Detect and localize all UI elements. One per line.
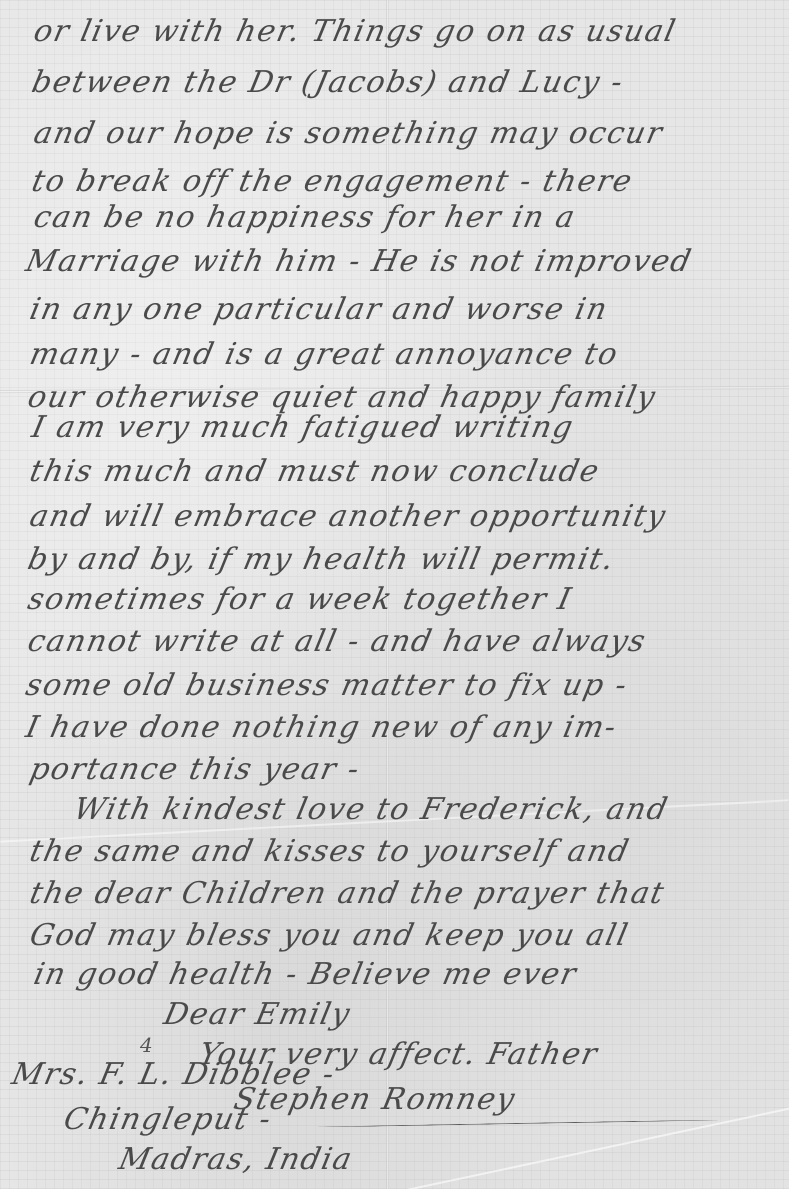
body-line: the same and kisses to yourself and (26, 832, 634, 872)
body-line: portance this year - (26, 750, 364, 790)
letter-page: or live with her. Things go on as usual … (0, 0, 789, 1189)
body-line: and will embrace another opportunity (26, 497, 670, 537)
body-line: With kindest love to Frederick, and (70, 790, 672, 830)
body-line: can be no happiness for her in a (30, 198, 580, 238)
body-line: I have done nothing new of any im- (22, 708, 621, 748)
body-line: I am very much fatigued writing (28, 408, 578, 448)
body-line: this much and must now conclude (26, 452, 604, 492)
letter-text: or live with her. Things go on as usual … (0, 0, 789, 1189)
recipient-place: Chingleput - (60, 1100, 276, 1140)
body-line: between the Dr (Jacobs) and Lucy - (28, 63, 628, 103)
recipient-region: Madras, India (115, 1140, 357, 1180)
body-line: by and by, if my health will permit. (24, 540, 619, 580)
body-line: or live with her. Things go on as usual (30, 12, 680, 52)
salutation: Dear Emily (160, 995, 355, 1035)
body-line: some old business matter to fix up - (22, 666, 632, 706)
body-line: God may bless you and keep you all (26, 916, 633, 956)
body-line: Marriage with him - He is not improved (22, 242, 696, 282)
signature-flourish (318, 1120, 718, 1128)
body-line: in any one particular and worse in (26, 290, 612, 330)
body-line: sometimes for a week together I (24, 580, 576, 620)
body-line: to break off the engagement - there (28, 162, 637, 202)
body-line: in good health - Believe me ever (30, 955, 581, 995)
body-line: many - and is a great annoyance to (26, 335, 622, 375)
body-line: cannot write at all - and have always (24, 622, 650, 662)
tick-mark: 4 (140, 1033, 153, 1057)
body-line: the dear Children and the prayer that (26, 874, 669, 914)
body-line: and our hope is something may occur (30, 114, 667, 154)
